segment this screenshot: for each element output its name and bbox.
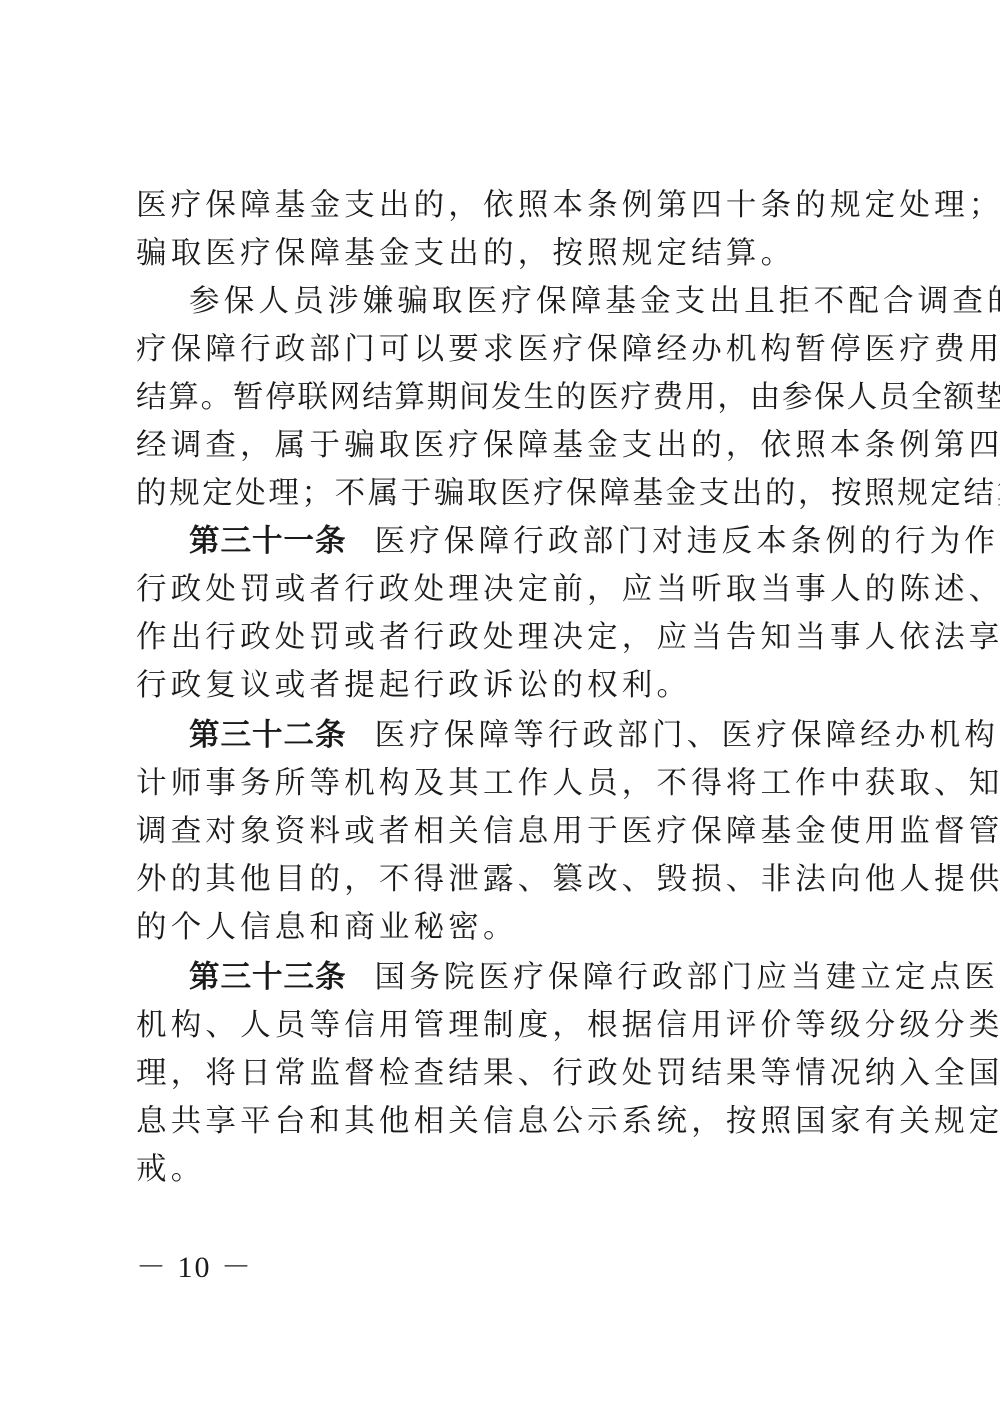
paragraph-line: 机构、人员等信用管理制度，根据信用评价等级分级分类监督管: [136, 1002, 876, 1050]
paragraph-line: 骗取医疗保障基金支出的，按照规定结算。: [136, 230, 876, 278]
paragraph-line: 的个人信息和商业秘密。: [136, 904, 876, 952]
paragraph-line: 息共享平台和其他相关信息公示系统，按照国家有关规定实施惩: [136, 1098, 876, 1146]
article-number: 第三十一条: [189, 524, 347, 559]
article-text: 医疗保障等行政部门、医疗保障经办机构、会: [375, 718, 1000, 753]
article-text: 国务院医疗保障行政部门应当建立定点医药: [375, 960, 1000, 995]
paragraph-line: 行政复议或者提起行政诉讼的权利。: [136, 662, 876, 710]
paragraph-line: 调查对象资料或者相关信息用于医疗保障基金使用监督管理以: [136, 808, 876, 856]
paragraph-line: 疗保障行政部门可以要求医疗保障经办机构暂停医疗费用联网: [136, 326, 876, 374]
article-31-line: 第三十一条医疗保障行政部门对违反本条例的行为作出: [189, 518, 876, 566]
paragraph-line: 作出行政处罚或者行政处理决定，应当告知当事人依法享有申请: [136, 614, 876, 662]
paragraph-line: 行政处罚或者行政处理决定前，应当听取当事人的陈述、申辩；: [136, 566, 876, 614]
paragraph-line: 计师事务所等机构及其工作人员，不得将工作中获取、知悉的被: [136, 760, 876, 808]
article-number: 第三十三条: [189, 960, 347, 995]
paragraph-line: 外的其他目的，不得泄露、篡改、毁损、非法向他人提供当事人: [136, 856, 876, 904]
article-number: 第三十二条: [189, 718, 347, 753]
page-number: － 10 －: [136, 1248, 253, 1288]
article-text: 医疗保障行政部门对违反本条例的行为作出: [375, 524, 1000, 559]
paragraph-line: 结算。暂停联网结算期间发生的医疗费用，由参保人员全额垫付。: [136, 374, 876, 422]
paragraph-line: 的规定处理；不属于骗取医疗保障基金支出的，按照规定结算。: [136, 470, 876, 518]
paragraph-line: 医疗保障基金支出的，依照本条例第四十条的规定处理；不属于: [136, 182, 876, 230]
document-page: 医疗保障基金支出的，依照本条例第四十条的规定处理；不属于 骗取医疗保障基金支出的…: [0, 0, 1000, 1414]
paragraph-line: 经调查，属于骗取医疗保障基金支出的，依照本条例第四十一条: [136, 422, 876, 470]
article-32-line: 第三十二条医疗保障等行政部门、医疗保障经办机构、会: [189, 712, 876, 760]
paragraph-line: 戒。: [136, 1146, 876, 1194]
paragraph-line: 参保人员涉嫌骗取医疗保障基金支出且拒不配合调查的，医: [189, 278, 876, 326]
paragraph-line: 理，将日常监督检查结果、行政处罚结果等情况纳入全国信用信: [136, 1050, 876, 1098]
article-33-line: 第三十三条国务院医疗保障行政部门应当建立定点医药: [189, 954, 876, 1002]
